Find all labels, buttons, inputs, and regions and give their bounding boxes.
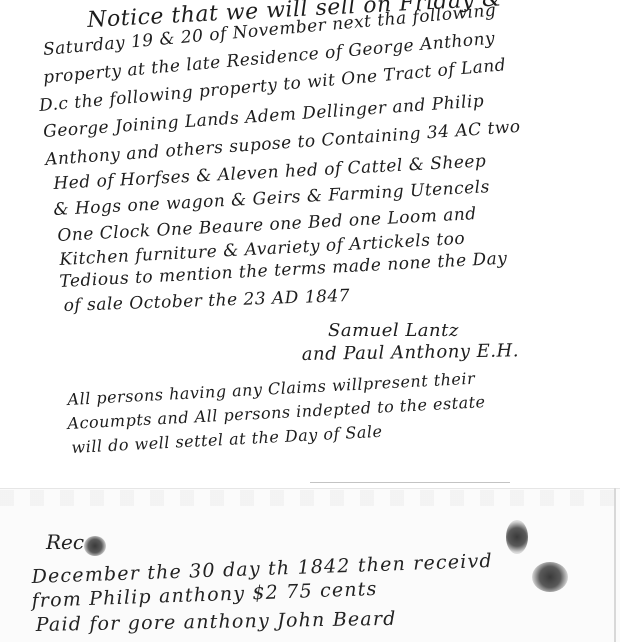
signature-line: Samuel Lantz — [328, 320, 459, 341]
ink-blot — [506, 520, 528, 554]
signature-line: and Paul Anthony E.H. — [302, 340, 520, 365]
rule-mark — [310, 482, 510, 483]
paper-seam — [0, 490, 620, 506]
ink-blot — [532, 562, 568, 592]
paper-edge — [614, 488, 616, 642]
document-scan: Notice that we will sell on Friday & Sat… — [0, 0, 620, 642]
ink-blot — [84, 536, 106, 556]
receipt-flourish: Rec — [46, 530, 84, 554]
